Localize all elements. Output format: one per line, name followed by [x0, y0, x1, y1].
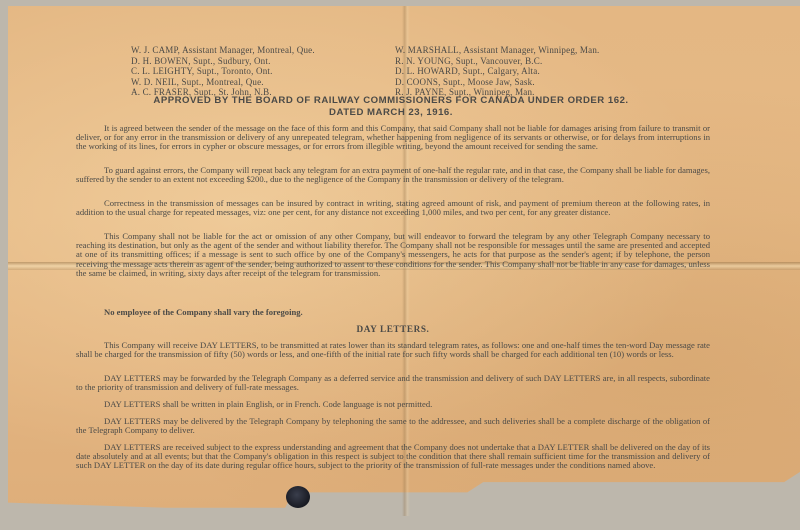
day-letters-paragraph-deferred: DAY LETTERS may be forwarded by the Tele… [76, 374, 710, 392]
terms-paragraph-no-variation: No employee of the Company shall vary th… [76, 308, 710, 317]
manager-entry: W. MARSHALL, Assistant Manager, Winnipeg… [395, 45, 599, 56]
day-letters-paragraph-delivery: DAY LETTERS are received subject to the … [76, 443, 710, 471]
paragraph: To guard against errors, the Company wil… [76, 166, 710, 184]
manager-entry: R. N. YOUNG, Supt., Vancouver, B.C. [395, 56, 599, 67]
terms-paragraph-insurance: Correctness in the transmission of messa… [76, 199, 710, 217]
paragraph: DAY LETTERS may be delivered by the Tele… [76, 417, 710, 435]
paragraph: It is agreed between the sender of the m… [76, 124, 710, 152]
manager-entry: W. J. CAMP, Assistant Manager, Montreal,… [131, 45, 315, 56]
manager-entry: W. D. NEIL, Supt., Montreal, Que. [131, 77, 315, 88]
day-letters-paragraph-telephone: DAY LETTERS may be delivered by the Tele… [76, 417, 710, 435]
day-letters-heading: DAY LETTERS. [76, 324, 710, 334]
manager-entry: D. COONS, Supt., Moose Jaw, Sask. [395, 77, 599, 88]
managers-list-right: W. MARSHALL, Assistant Manager, Winnipeg… [395, 45, 599, 98]
managers-list-left: W. J. CAMP, Assistant Manager, Montreal,… [131, 45, 315, 98]
paragraph: DAY LETTERS shall be written in plain En… [76, 400, 710, 409]
day-letters-paragraph-rates: This Company will receive DAY LETTERS, t… [76, 341, 710, 359]
terms-paragraph-other-company: This Company shall not be liable for the… [76, 232, 710, 278]
punch-hole [286, 486, 310, 508]
dated-line: DATED MARCH 23, 1916. [131, 107, 651, 118]
approval-heading: APPROVED BY THE BOARD OF RAILWAY COMMISS… [131, 95, 651, 106]
manager-entry: D. L. HOWARD, Supt., Calgary, Alta. [395, 66, 599, 77]
paragraph: This Company shall not be liable for the… [76, 232, 710, 278]
paragraph: Correctness in the transmission of messa… [76, 199, 710, 217]
terms-paragraph-repeat: To guard against errors, the Company wil… [76, 166, 710, 184]
manager-entry: D. H. BOWEN, Supt., Sudbury, Ont. [131, 56, 315, 67]
paragraph: This Company will receive DAY LETTERS, t… [76, 341, 710, 359]
day-letters-paragraph-language: DAY LETTERS shall be written in plain En… [76, 400, 710, 409]
paragraph: DAY LETTERS are received subject to the … [76, 443, 710, 471]
paragraph: No employee of the Company shall vary th… [76, 308, 710, 317]
terms-paragraph-liability: It is agreed between the sender of the m… [76, 124, 710, 152]
manager-entry: C. L. LEIGHTY, Supt., Toronto, Ont. [131, 66, 315, 77]
paragraph: DAY LETTERS may be forwarded by the Tele… [76, 374, 710, 392]
